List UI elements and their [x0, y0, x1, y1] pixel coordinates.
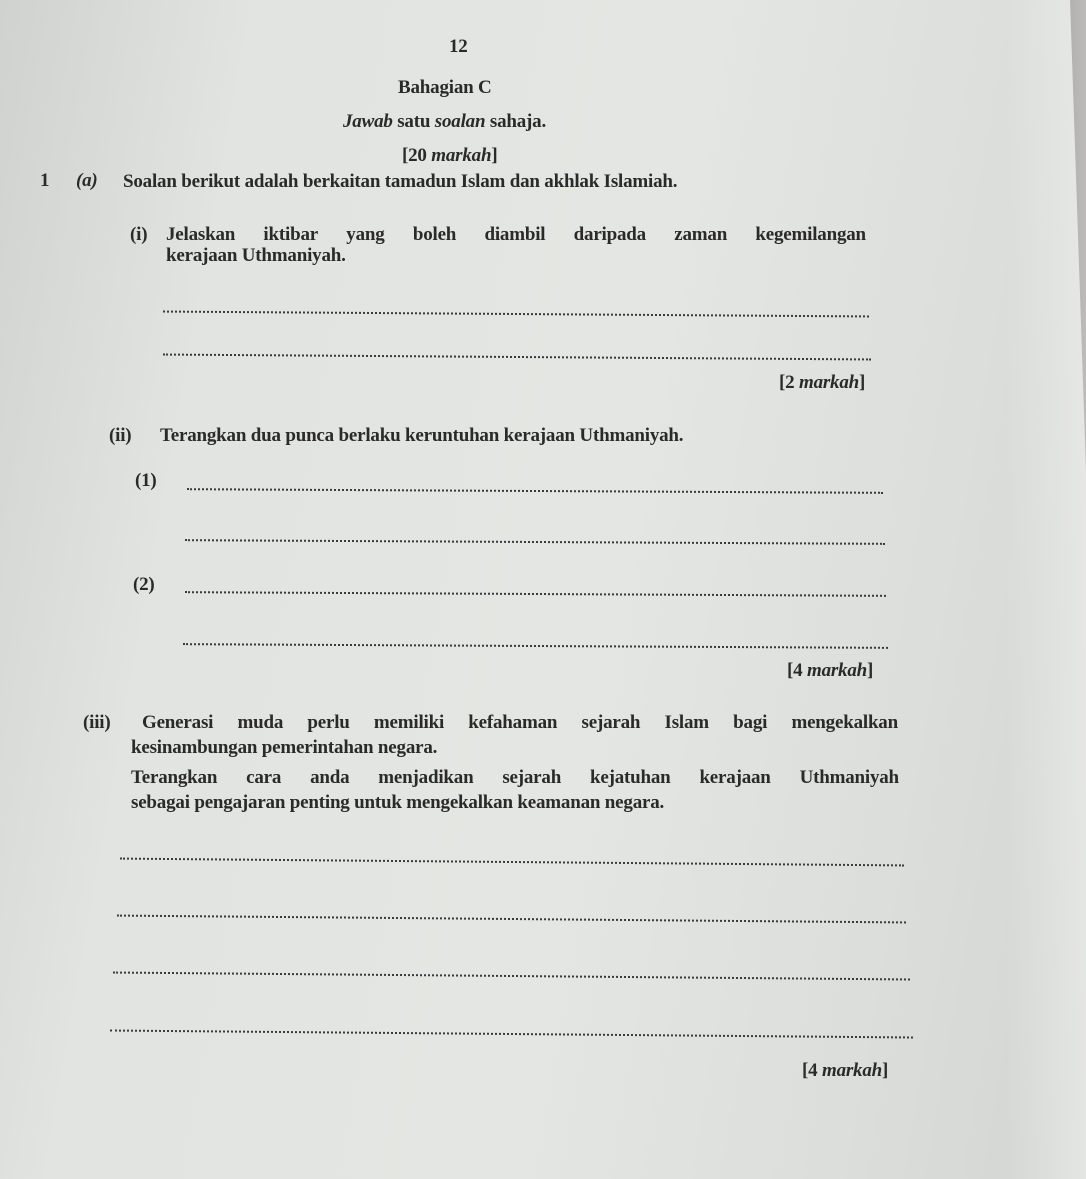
word: kefahaman [468, 712, 557, 734]
word: boleh [413, 224, 456, 246]
sub-ii-marks: [4 markah] [787, 660, 873, 682]
word: daripada [574, 224, 646, 246]
word: memiliki [374, 712, 444, 734]
word: diambil [484, 224, 545, 246]
sub-ii-label: (ii) [109, 425, 131, 447]
answer-line[interactable] [163, 311, 869, 318]
answer-line[interactable] [183, 643, 888, 649]
word: Jelaskan [166, 224, 235, 246]
word: perlu [307, 712, 349, 734]
answer-line[interactable] [163, 354, 871, 361]
marks-open: [2 [779, 372, 799, 393]
answer-line[interactable] [187, 488, 883, 494]
sub-iii-line1: Generasi muda perlu memiliki kefahaman s… [142, 712, 898, 734]
answer-line[interactable] [185, 591, 886, 597]
part-a-label: (a) [76, 170, 98, 192]
marks-word: markah [807, 660, 867, 681]
marks-word: markah [822, 1060, 882, 1081]
sub-i-line1: Jelaskan iktibar yang boleh diambil dari… [166, 224, 866, 246]
word: anda [310, 767, 349, 789]
sub-i-label: (i) [130, 224, 147, 246]
word: mengekalkan [791, 712, 898, 734]
word: cara [246, 767, 281, 789]
word: bagi [733, 712, 767, 734]
sub-iii-line3: Terangkan cara anda menjadikan sejarah k… [131, 767, 899, 789]
word: sejarah [502, 767, 561, 789]
sub-iii-line4: sebagai pengajaran penting untuk mengeka… [131, 792, 664, 814]
word: yang [346, 224, 384, 246]
marks-open: [4 [787, 660, 807, 681]
section-instruction: Jawab satu soalan sahaja. [343, 111, 546, 133]
word: Generasi [142, 712, 213, 734]
answer-2-label: (2) [133, 574, 155, 596]
answer-line[interactable] [185, 539, 885, 545]
word: Terangkan [131, 767, 217, 789]
page-shadow [1006, 0, 1086, 1179]
word: muda [237, 712, 283, 734]
word: Uthmaniyah [800, 767, 899, 789]
marks-word: markah [431, 145, 491, 166]
word: Islam [665, 712, 709, 734]
word: sejarah [582, 712, 641, 734]
section-title: Bahagian C [398, 77, 492, 99]
marks-open: [20 [402, 145, 431, 166]
sub-i-marks: [2 markah] [779, 372, 865, 394]
sub-iii-label: (iii) [83, 712, 111, 734]
word: kerajaan [699, 767, 770, 789]
marks-open: [4 [802, 1060, 822, 1081]
answer-1-label: (1) [135, 470, 157, 492]
instruction-word: soalan [435, 111, 486, 132]
word: kegemilangan [755, 224, 866, 246]
marks-word: markah [799, 372, 859, 393]
part-a-intro: Soalan berikut adalah berkaitan tamadun … [123, 171, 677, 193]
total-marks: [20 markah] [402, 145, 497, 167]
instruction-word: Jawab [343, 111, 393, 132]
word: iktibar [263, 224, 318, 246]
word: kejatuhan [590, 767, 671, 789]
word: menjadikan [378, 767, 473, 789]
marks-close: ] [867, 660, 873, 681]
sub-ii-text: Terangkan dua punca berlaku keruntuhan k… [160, 425, 683, 447]
marks-close: ] [882, 1060, 888, 1081]
sub-iii-line2: kesinambungan pemerintahan negara. [131, 737, 437, 759]
page-edge [1050, 0, 1086, 1179]
answer-line[interactable] [110, 1029, 913, 1038]
page-number: 12 [449, 36, 468, 58]
word: zaman [674, 224, 727, 246]
marks-close: ] [491, 145, 497, 166]
answer-line[interactable] [113, 972, 910, 981]
sub-i-line2: kerajaan Uthmaniyah. [166, 245, 346, 267]
instruction-word: satu [393, 111, 435, 132]
question-number: 1 [40, 170, 49, 192]
instruction-word: sahaja. [485, 111, 546, 132]
marks-close: ] [859, 372, 865, 393]
answer-line[interactable] [120, 858, 904, 867]
sub-iii-marks: [4 markah] [802, 1060, 888, 1082]
answer-line[interactable] [117, 915, 906, 924]
